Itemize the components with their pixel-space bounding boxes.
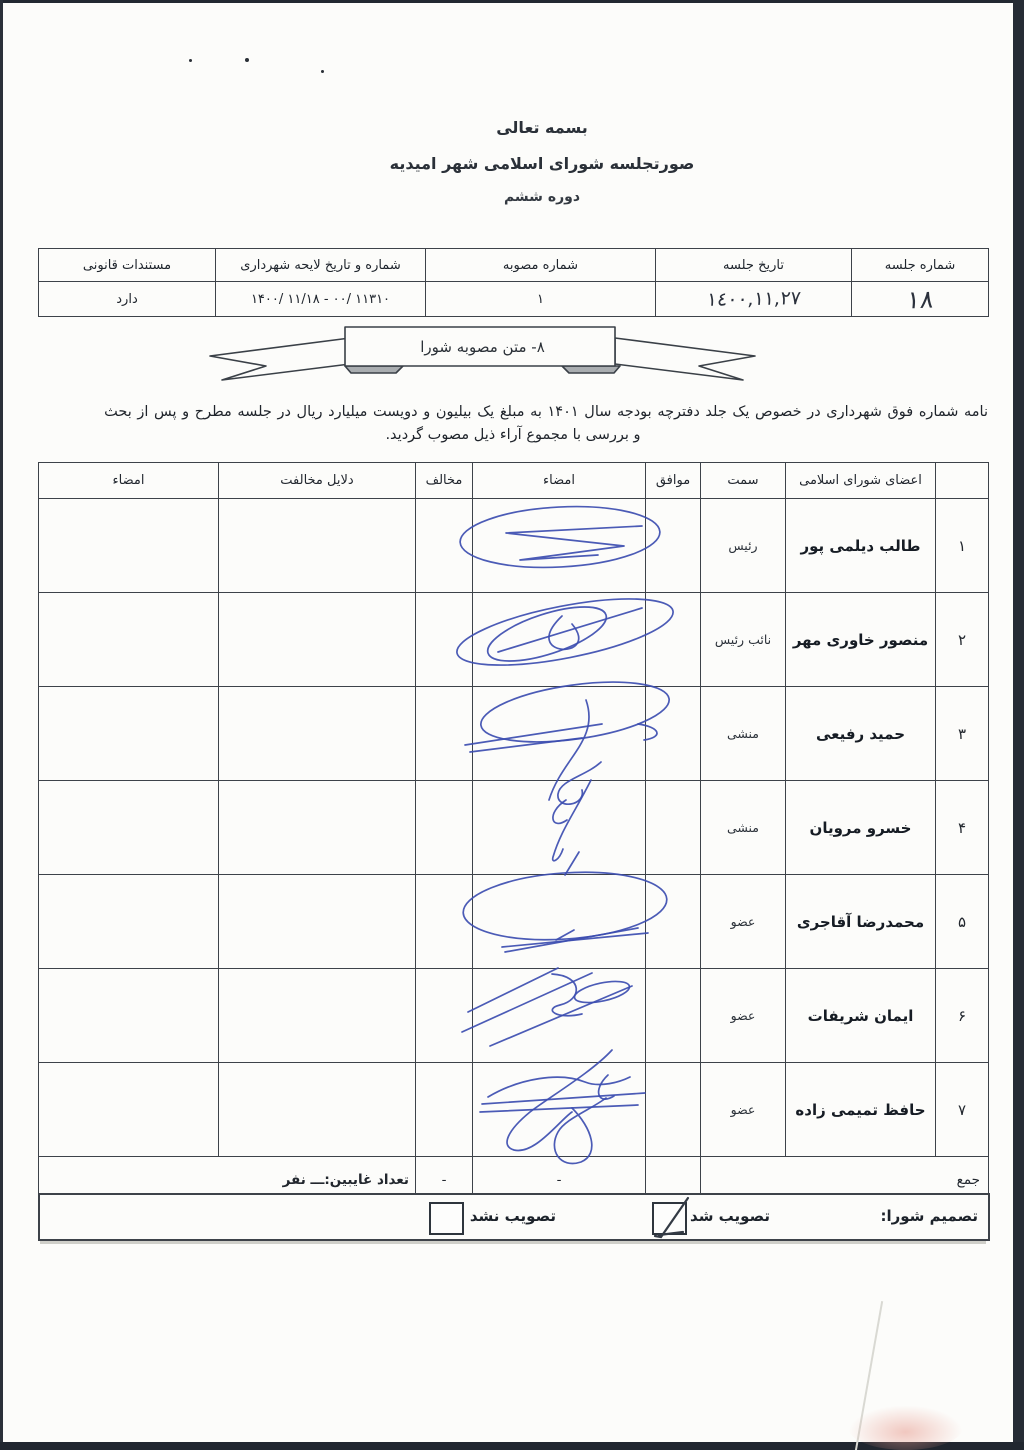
col-resolution-no: شماره مصوبه — [426, 249, 656, 282]
session-info-table: شماره جلسه تاریخ جلسه شماره مصوبه شماره … — [38, 248, 989, 317]
agree-cell — [646, 499, 701, 593]
oppose-signature-cell — [39, 875, 219, 969]
oppose-cell — [416, 781, 473, 875]
col-members: اعضای شورای اسلامی — [786, 463, 936, 499]
signature-cell — [473, 781, 646, 875]
ink-speck — [189, 59, 192, 62]
member-position: عضو — [701, 969, 786, 1063]
member-name: طالب دیلمی پور — [786, 499, 936, 593]
member-name: حافظ تمیمی زاده — [786, 1063, 936, 1157]
rejected-label: تصویب نشد — [470, 1195, 556, 1237]
legal-docs-cell: دارد — [39, 282, 216, 317]
approved-check-icon — [647, 1192, 693, 1240]
signature-cell — [473, 593, 646, 687]
signature-cell — [473, 499, 646, 593]
oppose-signature-cell — [39, 687, 219, 781]
col-position: سمت — [701, 463, 786, 499]
row-number: ۳ — [936, 687, 989, 781]
decision-label: تصمیم شورا: — [880, 1195, 978, 1237]
agree-cell — [646, 1063, 701, 1157]
row-number: ۵ — [936, 875, 989, 969]
scan-edge-right — [1013, 0, 1024, 1450]
member-row: ۷ حافظ تمیمی زاده عضو — [39, 1063, 989, 1157]
member-position: عضو — [701, 1063, 786, 1157]
member-position: عضو — [701, 875, 786, 969]
ribbon-fold-right — [562, 366, 620, 373]
col-oppose-reasons: دلایل مخالفت — [219, 463, 416, 499]
decision-box: تصمیم شورا: تصویب شد تصویب نشد — [38, 1193, 990, 1241]
bismillah-text: بسمه تعالی — [60, 118, 1024, 137]
ribbon-tail-right — [615, 338, 755, 380]
col-legal-docs: مستندات قانونی — [39, 249, 216, 282]
col-oppose: مخالف — [416, 463, 473, 499]
resolution-line-2: و بررسی با مجموع آراء ذیل مصوب گردید. — [38, 424, 988, 447]
scanned-document-page: بسمه تعالی صورتجلسه شورای اسلامی شهر امی… — [0, 0, 1024, 1450]
ink-speck — [245, 58, 249, 62]
oppose-signature-cell — [39, 969, 219, 1063]
member-name: خسرو مرویان — [786, 781, 936, 875]
signature-cell — [473, 1063, 646, 1157]
ribbon-fold-left — [345, 366, 403, 373]
member-row: ۱ طالب دیلمی پور رئیس — [39, 499, 989, 593]
row-number: ۷ — [936, 1063, 989, 1157]
col-oppose-signature: امضاء — [39, 463, 219, 499]
ink-speck — [321, 70, 324, 73]
member-row: ۳ حمید رفیعی منشی — [39, 687, 989, 781]
row-number: ۶ — [936, 969, 989, 1063]
member-position: نائب رئیس — [701, 593, 786, 687]
checkbox-rejected — [429, 1202, 464, 1235]
oppose-signature-cell — [39, 593, 219, 687]
agree-cell — [646, 969, 701, 1063]
resolution-no-cell: ۱ — [426, 282, 656, 317]
oppose-signature-cell — [39, 1063, 219, 1157]
approved-label: تصویب شد — [690, 1195, 770, 1237]
ribbon-tail-left — [210, 338, 350, 380]
oppose-reasons-cell — [219, 593, 416, 687]
oppose-reasons-cell — [219, 781, 416, 875]
members-vote-table: اعضای شورای اسلامی سمت موافق امضاء مخالف… — [38, 462, 989, 1203]
scan-edge-top — [0, 0, 1024, 3]
oppose-signature-cell — [39, 499, 219, 593]
oppose-cell — [416, 499, 473, 593]
oppose-cell — [416, 593, 473, 687]
oppose-reasons-cell — [219, 969, 416, 1063]
document-header: بسمه تعالی صورتجلسه شورای اسلامی شهر امی… — [60, 118, 1024, 205]
resolution-line-1: نامه شماره فوق شهرداری در خصوص یک جلد دف… — [38, 401, 988, 424]
banner-title: ۸- متن مصوبه شورا — [345, 328, 620, 366]
agree-cell — [646, 593, 701, 687]
agree-cell — [646, 875, 701, 969]
member-row: ۴ خسرو مرویان منشی — [39, 781, 989, 875]
session-no-handwritten: ۱۸ — [905, 284, 935, 314]
row-number: ۲ — [936, 593, 989, 687]
agree-cell — [646, 687, 701, 781]
member-name: منصور خاوری مهر — [786, 593, 936, 687]
bill-no-date-cell: ۱۴۰۰/ ۱۱/۱۸ - ۰۰/ ۱۱۳۱۰ — [216, 282, 426, 317]
member-name: محمدرضا آقاجری — [786, 875, 936, 969]
member-name: حمید رفیعی — [786, 687, 936, 781]
col-session-date: تاریخ جلسه — [656, 249, 852, 282]
member-position: منشی — [701, 781, 786, 875]
scan-edge-left — [0, 0, 3, 1450]
member-row: ۶ ایمان شریفات عضو — [39, 969, 989, 1063]
agree-cell — [646, 781, 701, 875]
col-agree: موافق — [646, 463, 701, 499]
bill-no-date-value: ۱۴۰۰/ ۱۱/۱۸ - ۰۰/ ۱۱۳۱۰ — [251, 292, 390, 307]
col-signature: امضاء — [473, 463, 646, 499]
signature-cell — [473, 687, 646, 781]
signature-cell — [473, 875, 646, 969]
col-session-no: شماره جلسه — [852, 249, 989, 282]
document-title: صورتجلسه شورای اسلامی شهر امیدیه — [60, 154, 1024, 173]
session-date-cell: ١٤٠٠,١١,٢٧ — [656, 282, 852, 317]
row-number: ۱ — [936, 499, 989, 593]
oppose-reasons-cell — [219, 499, 416, 593]
member-position: رئیس — [701, 499, 786, 593]
oppose-cell — [416, 875, 473, 969]
col-bill-no-date: شماره و تاریخ لایحه شهرداری — [216, 249, 426, 282]
oppose-reasons-cell — [219, 1063, 416, 1157]
scan-shadow-line — [40, 1241, 986, 1244]
row-number: ۴ — [936, 781, 989, 875]
member-row: ۲ منصور خاوری مهر نائب رئیس — [39, 593, 989, 687]
resolution-text: نامه شماره فوق شهرداری در خصوص یک جلد دف… — [38, 401, 988, 447]
oppose-reasons-cell — [219, 875, 416, 969]
oppose-reasons-cell — [219, 687, 416, 781]
session-date-handwritten: ١٤٠٠,١١,٢٧ — [706, 287, 802, 311]
signature-cell — [473, 969, 646, 1063]
member-position: منشی — [701, 687, 786, 781]
oppose-cell — [416, 1063, 473, 1157]
member-row: ۵ محمدرضا آقاجری عضو — [39, 875, 989, 969]
member-name: ایمان شریفات — [786, 969, 936, 1063]
col-row-no — [936, 463, 989, 499]
oppose-signature-cell — [39, 781, 219, 875]
pink-smudge — [848, 1405, 963, 1450]
session-no-cell: ۱۸ — [852, 282, 989, 317]
oppose-cell — [416, 687, 473, 781]
council-term: دوره ششم — [60, 189, 1024, 205]
oppose-cell — [416, 969, 473, 1063]
